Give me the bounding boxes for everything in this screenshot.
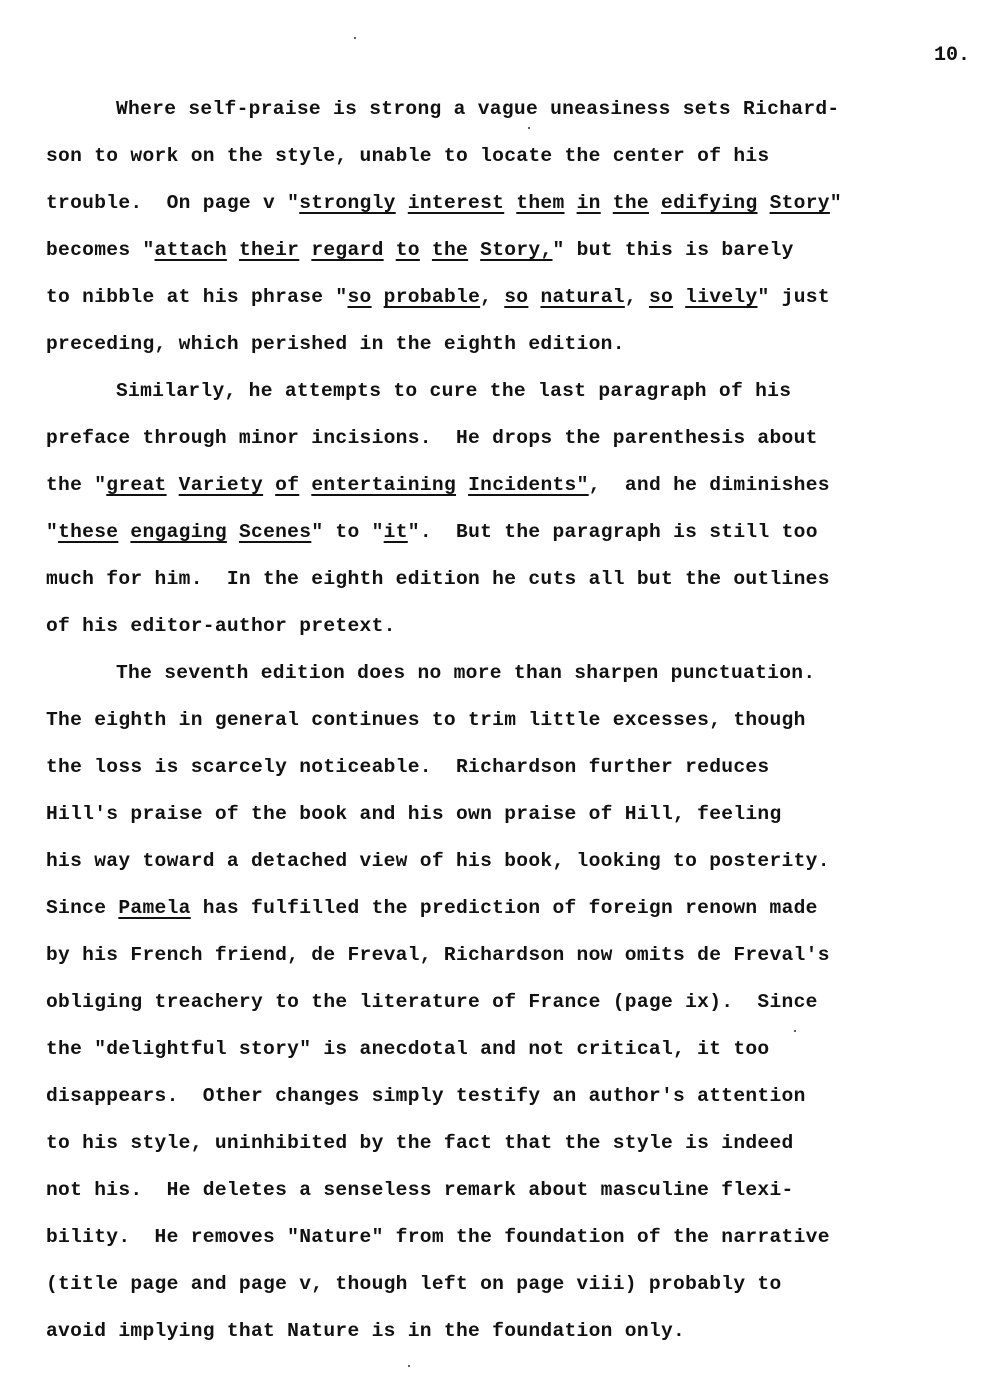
text-run — [396, 192, 408, 214]
text-run: not his. He deletes a senseless remark a… — [46, 1179, 794, 1201]
underlined-phrase: Incidents" — [468, 474, 589, 496]
text-line: to his style, uninhibited by the fact th… — [46, 1126, 956, 1173]
text-run — [263, 474, 275, 496]
text-run — [601, 192, 613, 214]
text-run: ". But the paragraph is still too — [408, 521, 818, 543]
text-line: Hill's praise of the book and his own pr… — [46, 797, 956, 844]
text-line: avoid implying that Nature is in the fou… — [46, 1314, 956, 1361]
underlined-phrase: probable — [384, 286, 480, 308]
text-line: becomes "attach their regard to the Stor… — [46, 233, 956, 280]
scan-speck — [354, 37, 356, 39]
text-run: Similarly, he attempts to cure the last … — [116, 380, 791, 402]
underlined-phrase: strongly — [299, 192, 395, 214]
text-run — [758, 192, 770, 214]
text-run: to nibble at his phrase " — [46, 286, 347, 308]
text-line: Similarly, he attempts to cure the last … — [46, 374, 956, 421]
underlined-phrase: it — [384, 521, 408, 543]
text-line: trouble. On page v "strongly interest th… — [46, 186, 956, 233]
text-run: has fulfilled the prediction of foreign … — [191, 897, 818, 919]
scan-speck — [408, 1365, 410, 1367]
underlined-phrase: their — [239, 239, 299, 261]
underlined-phrase: so — [504, 286, 528, 308]
text-line: preceding, which perished in the eighth … — [46, 327, 956, 374]
text-line: not his. He deletes a senseless remark a… — [46, 1173, 956, 1220]
text-line: obliging treachery to the literature of … — [46, 985, 956, 1032]
text-line: Where self-praise is strong a vague unea… — [46, 92, 956, 139]
page-number: 10. — [934, 44, 970, 67]
text-run: of his editor-author pretext. — [46, 615, 396, 637]
underlined-phrase: attach — [155, 239, 227, 261]
text-run — [167, 474, 179, 496]
text-run: disappears. Other changes simply testify… — [46, 1085, 806, 1107]
text-run: by his French friend, de Freval, Richard… — [46, 944, 830, 966]
text-line: his way toward a detached view of his bo… — [46, 844, 956, 891]
text-run: Hill's praise of the book and his own pr… — [46, 803, 782, 825]
text-run — [372, 286, 384, 308]
text-run: bility. He removes "Nature" from the fou… — [46, 1226, 830, 1248]
text-run: his way toward a detached view of his bo… — [46, 850, 830, 872]
text-line: by his French friend, de Freval, Richard… — [46, 938, 956, 985]
underlined-phrase: regard — [311, 239, 383, 261]
text-line: son to work on the style, unable to loca… — [46, 139, 956, 186]
underlined-phrase: Scenes — [239, 521, 311, 543]
underlined-phrase: in — [577, 192, 601, 214]
text-run: obliging treachery to the literature of … — [46, 991, 818, 1013]
text-line: the "great Variety of entertaining Incid… — [46, 468, 956, 515]
text-run — [468, 239, 480, 261]
text-run: " — [46, 521, 58, 543]
underlined-phrase: the — [613, 192, 649, 214]
text-line: (title page and page v, though left on p… — [46, 1267, 956, 1314]
underlined-phrase: edifying — [661, 192, 757, 214]
text-run: (title page and page v, though left on p… — [46, 1273, 782, 1295]
text-line: disappears. Other changes simply testify… — [46, 1079, 956, 1126]
text-run — [384, 239, 396, 261]
underlined-phrase: Pamela — [118, 897, 190, 919]
text-run: much for him. In the eighth edition he c… — [46, 568, 830, 590]
underlined-phrase: of — [275, 474, 299, 496]
text-line: Since Pamela has fulfilled the predictio… — [46, 891, 956, 938]
text-run: son to work on the style, unable to loca… — [46, 145, 770, 167]
text-run — [227, 521, 239, 543]
text-run: The seventh edition does no more than sh… — [116, 662, 815, 684]
text-line: preface through minor incisions. He drop… — [46, 421, 956, 468]
underlined-phrase: so — [649, 286, 673, 308]
text-run: " — [830, 192, 842, 214]
underlined-phrase: lively — [685, 286, 757, 308]
underlined-phrase: engaging — [130, 521, 226, 543]
underlined-phrase: them — [516, 192, 564, 214]
text-run: becomes " — [46, 239, 155, 261]
text-run: Where self-praise is strong a vague unea… — [116, 98, 840, 120]
text-run: " just — [758, 286, 830, 308]
typescript-body: Where self-praise is strong a vague unea… — [46, 92, 956, 1361]
text-line: much for him. In the eighth edition he c… — [46, 562, 956, 609]
underlined-phrase: these — [58, 521, 118, 543]
text-run — [420, 239, 432, 261]
text-run — [528, 286, 540, 308]
text-line: The seventh edition does no more than sh… — [46, 656, 956, 703]
text-run: The eighth in general continues to trim … — [46, 709, 806, 731]
text-line: the loss is scarcely noticeable. Richard… — [46, 750, 956, 797]
text-run: Since — [46, 897, 118, 919]
text-run: the "delightful story" is anecdotal and … — [46, 1038, 770, 1060]
text-run: preceding, which perished in the eighth … — [46, 333, 625, 355]
text-run — [504, 192, 516, 214]
text-line: The eighth in general continues to trim … — [46, 703, 956, 750]
text-line: the "delightful story" is anecdotal and … — [46, 1032, 956, 1079]
underlined-phrase: Story — [770, 192, 830, 214]
text-line: bility. He removes "Nature" from the fou… — [46, 1220, 956, 1267]
text-run: , — [480, 286, 504, 308]
text-run — [456, 474, 468, 496]
text-line: of his editor-author pretext. — [46, 609, 956, 656]
text-run — [227, 239, 239, 261]
text-run: , and he diminishes — [589, 474, 830, 496]
text-run — [299, 239, 311, 261]
text-run: " but this is barely — [553, 239, 794, 261]
underlined-phrase: great — [106, 474, 166, 496]
underlined-phrase: to — [396, 239, 420, 261]
text-run: avoid implying that Nature is in the fou… — [46, 1320, 685, 1342]
text-run: to his style, uninhibited by the fact th… — [46, 1132, 794, 1154]
text-run: the " — [46, 474, 106, 496]
text-run — [673, 286, 685, 308]
text-run: " to " — [311, 521, 383, 543]
underlined-phrase: Variety — [179, 474, 263, 496]
underlined-phrase: natural — [540, 286, 624, 308]
underlined-phrase: entertaining — [311, 474, 456, 496]
text-run — [565, 192, 577, 214]
text-line: "these engaging Scenes" to "it". But the… — [46, 515, 956, 562]
text-line: to nibble at his phrase "so probable, so… — [46, 280, 956, 327]
text-run — [118, 521, 130, 543]
text-run: , — [625, 286, 649, 308]
text-run: preface through minor incisions. He drop… — [46, 427, 818, 449]
text-run: the loss is scarcely noticeable. Richard… — [46, 756, 770, 778]
text-run — [649, 192, 661, 214]
underlined-phrase: Story, — [480, 239, 552, 261]
underlined-phrase: interest — [408, 192, 504, 214]
text-run — [299, 474, 311, 496]
text-run: trouble. On page v " — [46, 192, 299, 214]
underlined-phrase: so — [347, 286, 371, 308]
underlined-phrase: the — [432, 239, 468, 261]
